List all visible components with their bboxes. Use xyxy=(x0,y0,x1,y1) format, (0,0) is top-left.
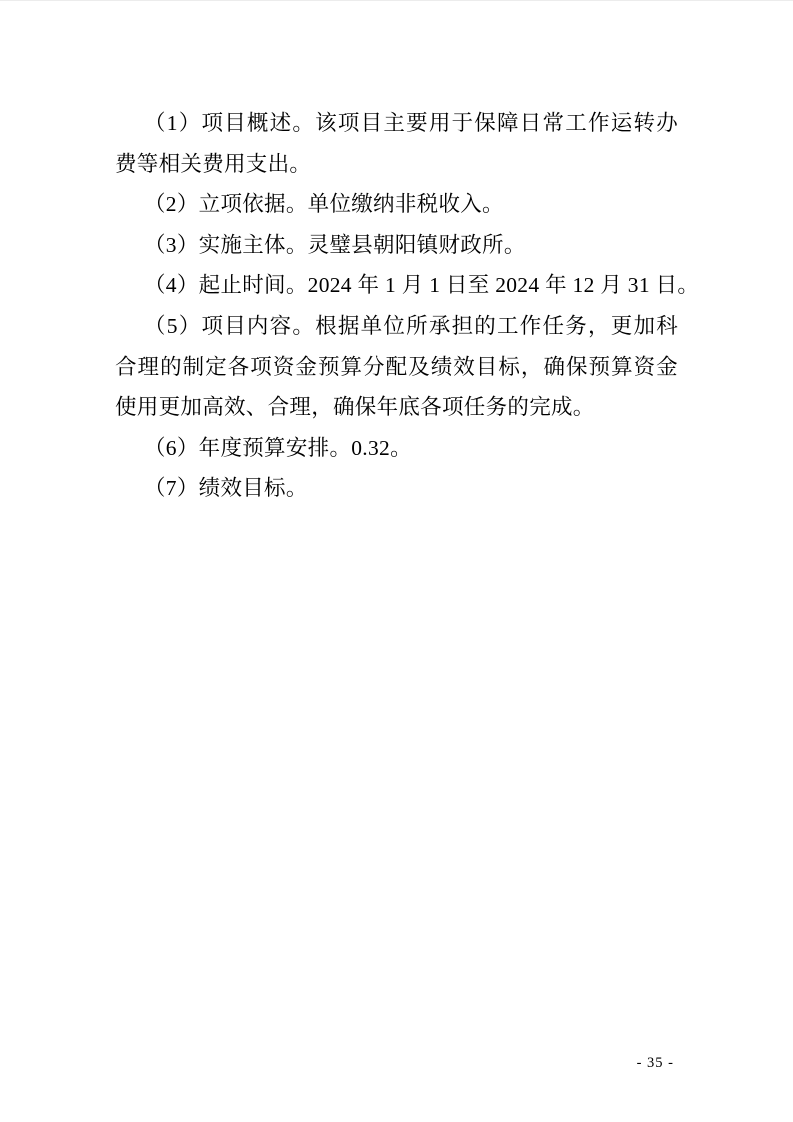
page-number: - 35 - xyxy=(637,1053,674,1073)
paragraph-1-line-1: （1）项目概述。该项目主要用于保障日常工作运转办公 xyxy=(115,103,678,144)
paragraph-7-line-1: （7）绩效目标。 xyxy=(115,468,678,509)
document-page: （1）项目概述。该项目主要用于保障日常工作运转办公 费等相关费用支出。 （2）立… xyxy=(0,0,793,1122)
paragraph-5-line-3: 使用更加高效、合理，确保年底各项任务的完成。 xyxy=(115,387,678,428)
document-text-block: （1）项目概述。该项目主要用于保障日常工作运转办公 费等相关费用支出。 （2）立… xyxy=(115,103,678,509)
paragraph-6-line-1: （6）年度预算安排。0.32。 xyxy=(115,428,678,469)
paragraph-4-line-1: （4）起止时间。2024 年 1 月 1 日至 2024 年 12 月 31 日… xyxy=(115,265,678,306)
paragraph-3-line-1: （3）实施主体。灵璧县朝阳镇财政所。 xyxy=(115,225,678,266)
paragraph-5-line-1: （5）项目内容。根据单位所承担的工作任务，更加科学 xyxy=(115,306,678,347)
paragraph-2-line-1: （2）立项依据。单位缴纳非税收入。 xyxy=(115,184,678,225)
paragraph-1-line-2: 费等相关费用支出。 xyxy=(115,144,678,185)
paragraph-5-line-2: 合理的制定各项资金预算分配及绩效目标，确保预算资金的 xyxy=(115,347,678,388)
